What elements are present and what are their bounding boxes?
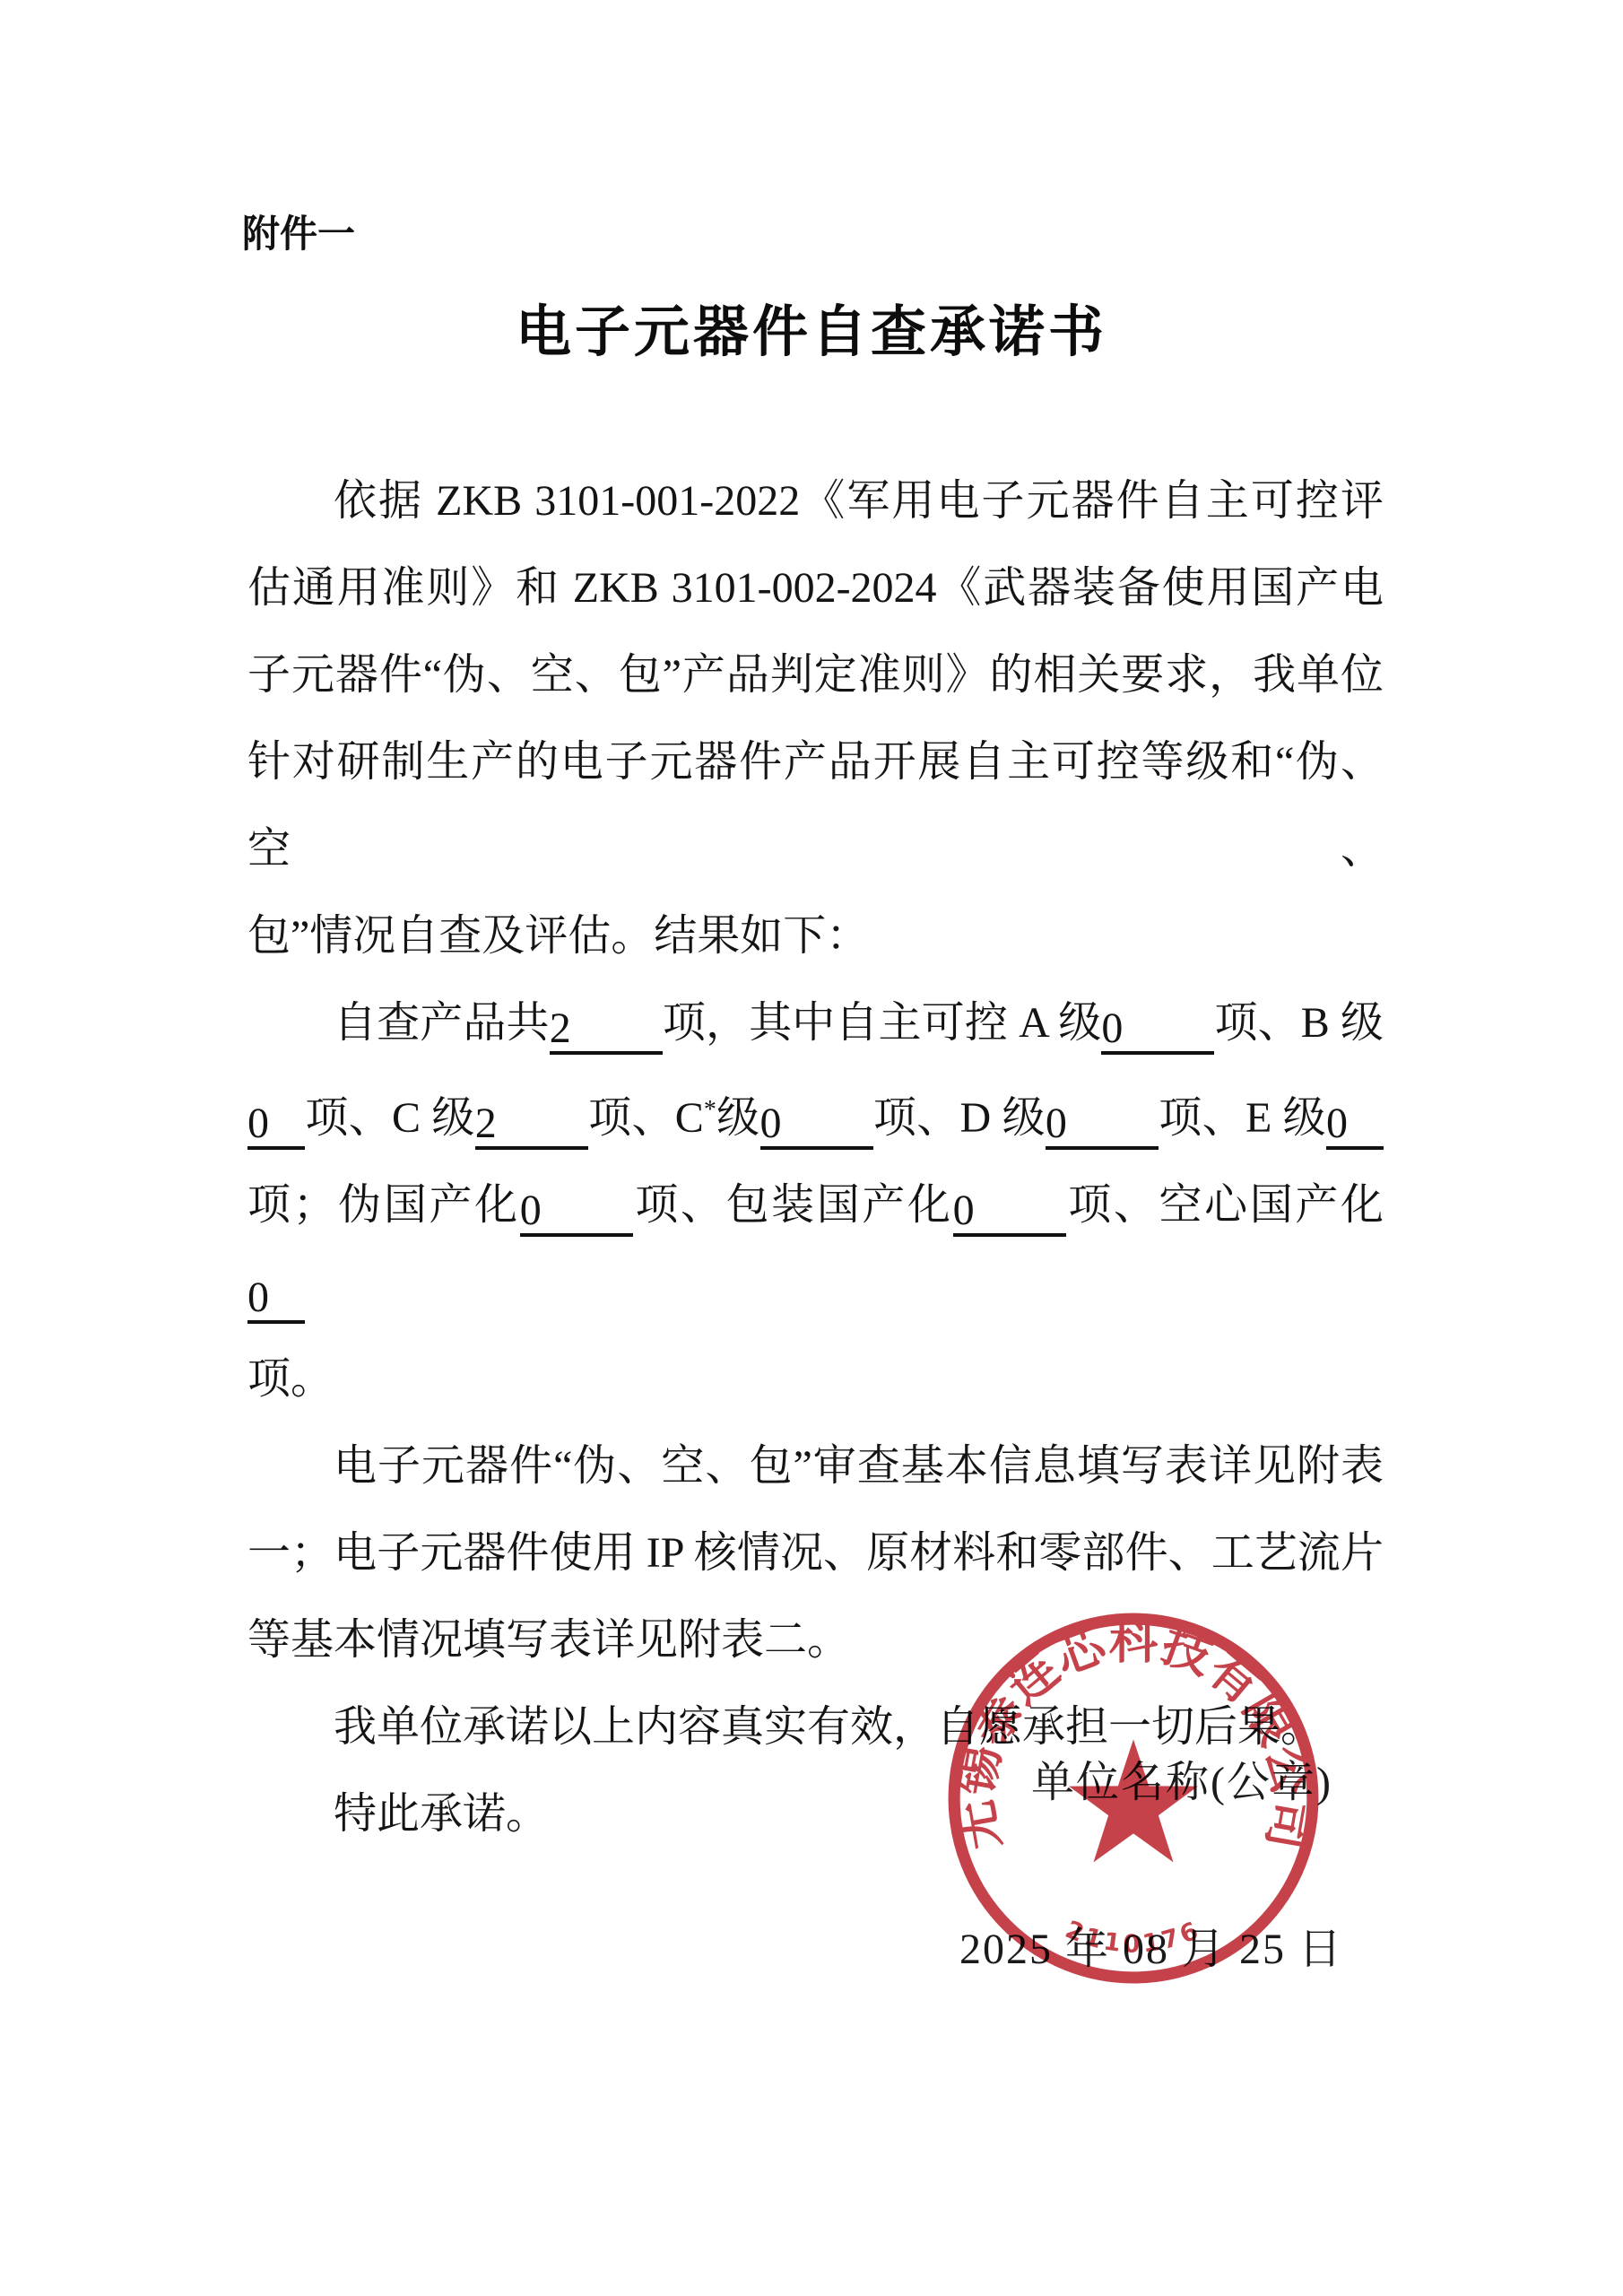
body-line: 一；电子元器件使用 IP 核情况、原材料和零部件、工艺流片 bbox=[247, 1509, 1384, 1596]
text-segment: 针对研制生产的电子元器件产品开展自主可控等级和“伪、空、 bbox=[247, 738, 1384, 873]
body-line: 估通用准则》和 ZKB 3101-002-2024《武器装备使用国产电 bbox=[247, 544, 1384, 631]
body-line: 自查产品共2项，其中自主可控 A 级0项、B 级 bbox=[247, 979, 1384, 1066]
blank-value: 0 bbox=[760, 1098, 873, 1150]
text-segment: 项；伪国产化 bbox=[247, 1181, 520, 1229]
text-segment: 特此承诺。 bbox=[334, 1790, 549, 1838]
text-segment: 项、B 级 bbox=[1214, 999, 1384, 1047]
attachment-label: 附件一 bbox=[242, 204, 355, 258]
body-line: 项；伪国产化0项、包装国产化0项、空心国产化0 bbox=[247, 1161, 1384, 1335]
text-segment: 项，其中自主可控 A 级 bbox=[663, 999, 1102, 1047]
company-seal-stamp: 无锡泰连芯科技有限公司 3202110176504 bbox=[943, 1608, 1324, 1988]
text-segment: 子元器件“伪、空、包”产品判定准则》的相关要求，我单位 bbox=[247, 651, 1384, 699]
body-line: 包”情况自查及评估。结果如下： bbox=[247, 892, 1384, 979]
text-segment: 电子元器件“伪、空、包”审查基本信息填写表详见附表 bbox=[334, 1442, 1384, 1490]
text-segment: 等基本情况填写表详见附表二。 bbox=[247, 1616, 850, 1664]
blank-value: 0 bbox=[1326, 1098, 1384, 1150]
body-line: 0项、C 级2项、C*级0项、D 级0项、E 级0 bbox=[247, 1066, 1384, 1161]
blank-value: 0 bbox=[247, 1272, 305, 1324]
body-line: 项。 bbox=[247, 1335, 1384, 1422]
document-title: 电子元器件自查承诺书 bbox=[0, 287, 1623, 367]
text-segment: 项、C bbox=[588, 1094, 704, 1142]
superscript-asterisk: * bbox=[704, 1096, 716, 1124]
text-segment: 项、D 级 bbox=[873, 1094, 1046, 1142]
text-segment: 项、E 级 bbox=[1159, 1094, 1326, 1142]
blank-value: 2 bbox=[550, 1003, 663, 1055]
blank-value: 0 bbox=[247, 1098, 305, 1150]
text-segment: 项。 bbox=[247, 1355, 334, 1403]
text-segment: 包”情况自查及评估。结果如下： bbox=[247, 912, 869, 960]
text-segment: 项、C 级 bbox=[305, 1094, 475, 1142]
text-segment: 项、空心国产化 bbox=[1066, 1181, 1384, 1229]
text-segment: 自查产品共 bbox=[334, 999, 550, 1047]
blank-value: 2 bbox=[475, 1098, 588, 1150]
blank-value: 0 bbox=[1101, 1003, 1214, 1055]
document-page: 附件一 电子元器件自查承诺书 依据 ZKB 3101-001-2022《军用电子… bbox=[0, 0, 1623, 2296]
body-line: 电子元器件“伪、空、包”审查基本信息填写表详见附表 bbox=[247, 1422, 1384, 1509]
blank-value: 0 bbox=[1046, 1098, 1159, 1150]
text-segment: 项、包装国产化 bbox=[633, 1181, 953, 1229]
text-segment: 依据 ZKB 3101-001-2022《军用电子元器件自主可控评 bbox=[334, 477, 1384, 525]
blank-value: 0 bbox=[520, 1185, 633, 1237]
text-segment: 级 bbox=[716, 1094, 760, 1142]
text-segment: 一；电子元器件使用 IP 核情况、原材料和零部件、工艺流片 bbox=[247, 1529, 1384, 1577]
blank-value: 0 bbox=[953, 1185, 1066, 1237]
body-line: 针对研制生产的电子元器件产品开展自主可控等级和“伪、空、 bbox=[247, 718, 1384, 892]
body-line: 依据 ZKB 3101-001-2022《军用电子元器件自主可控评 bbox=[247, 457, 1384, 544]
body-line: 子元器件“伪、空、包”产品判定准则》的相关要求，我单位 bbox=[247, 631, 1384, 718]
seal-star bbox=[1069, 1739, 1198, 1862]
text-segment: 估通用准则》和 ZKB 3101-002-2024《武器装备使用国产电 bbox=[247, 564, 1384, 612]
